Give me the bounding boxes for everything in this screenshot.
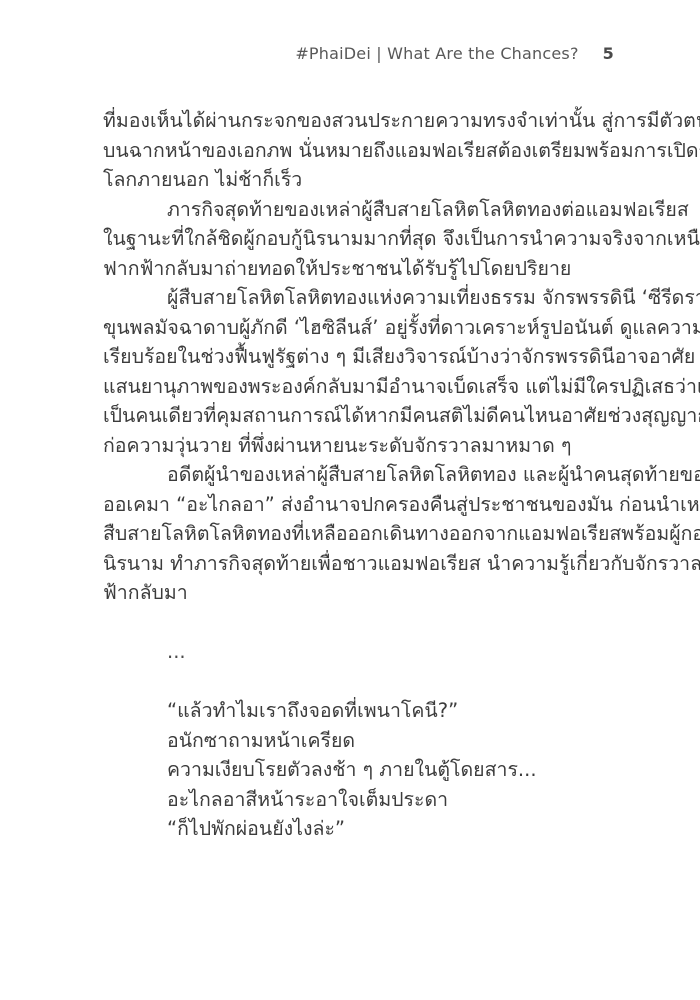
text-line: แสนยานุภาพของพระองค์กลับมามีอำนาจเบ็ดเสร…: [103, 372, 651, 402]
page-number: 5: [603, 44, 614, 63]
page-text-body: ที่มองเห็นได้ผ่านกระจกของสวนประกายความทร…: [103, 106, 651, 844]
text-line: อดีตผู้นำของเหล่าผู้สืบสายโลหิตโลหิตทอง …: [103, 460, 651, 490]
text-line: นิรนาม ทำภารกิจสุดท้ายเพื่อชาวแอมฟอเรียส…: [103, 549, 651, 579]
text-line: โลกภายนอก ไม่ช้าก็เร็ว: [103, 165, 651, 195]
text-line: ผู้สืบสายโลหิตโลหิตทองแห่งความเที่ยงธรรม…: [103, 283, 651, 313]
text-line: ที่มองเห็นได้ผ่านกระจกของสวนประกายความทร…: [103, 106, 651, 136]
dialogue-line: อะไกลอาสีหน้าระอาใจเต็มประดา: [103, 785, 651, 815]
dialogue-line: “แล้วทำไมเราถึงจอดที่เพนาโคนี?”: [103, 696, 651, 726]
dialogue-line: ความเงียบโรยตัวลงช้า ๆ ภายในตู้โดยสาร...: [103, 755, 651, 785]
text-line: ภารกิจสุดท้ายของเหล่าผู้สืบสายโลหิตโลหิต…: [103, 195, 651, 225]
text-line: ก่อความวุ่นวาย ที่พึ่งผ่านหายนะระดับจักร…: [103, 431, 651, 461]
text-line: ฟากฟ้ากลับมาถ่ายทอดให้ประชาชนได้รับรู้ไป…: [103, 254, 651, 284]
blank-line: [103, 608, 651, 638]
text-line: ฟ้ากลับมา: [103, 578, 651, 608]
running-header: #PhaiDei | What Are the Chances? 5: [295, 44, 614, 63]
text-line: บนฉากหน้าของเอกภพ นั่นหมายถึงแอมฟอเรียสต…: [103, 136, 651, 166]
text-line: เป็นคนเดียวที่คุมสถานการณ์ได้หากมีคนสติไ…: [103, 401, 651, 431]
blank-line: [103, 667, 651, 697]
text-line: ขุนพลมัจฉาดาบผู้ภักดี ‘ไฮซิลีนส์’ อยู่รั…: [103, 313, 651, 343]
dialogue-line: อนักซาถามหน้าเครียด: [103, 726, 651, 756]
ellipsis-separator: ...: [103, 637, 651, 667]
text-line: ในฐานะที่ใกล้ชิดผู้กอบกู้นิรนามมากที่สุด…: [103, 224, 651, 254]
text-line: สืบสายโลหิตโลหิตทองที่เหลือออกเดินทางออก…: [103, 519, 651, 549]
text-line: ออเคมา “อะไกลอา” ส่งอำนาจปกครองคืนสู่ประ…: [103, 490, 651, 520]
dialogue-line: “ก็ไปพักผ่อนยังไงล่ะ”: [103, 814, 651, 844]
book-title-header: #PhaiDei | What Are the Chances?: [295, 44, 578, 63]
text-line: เรียบร้อยในช่วงฟื้นฟูรัฐต่าง ๆ มีเสียงวิ…: [103, 342, 651, 372]
